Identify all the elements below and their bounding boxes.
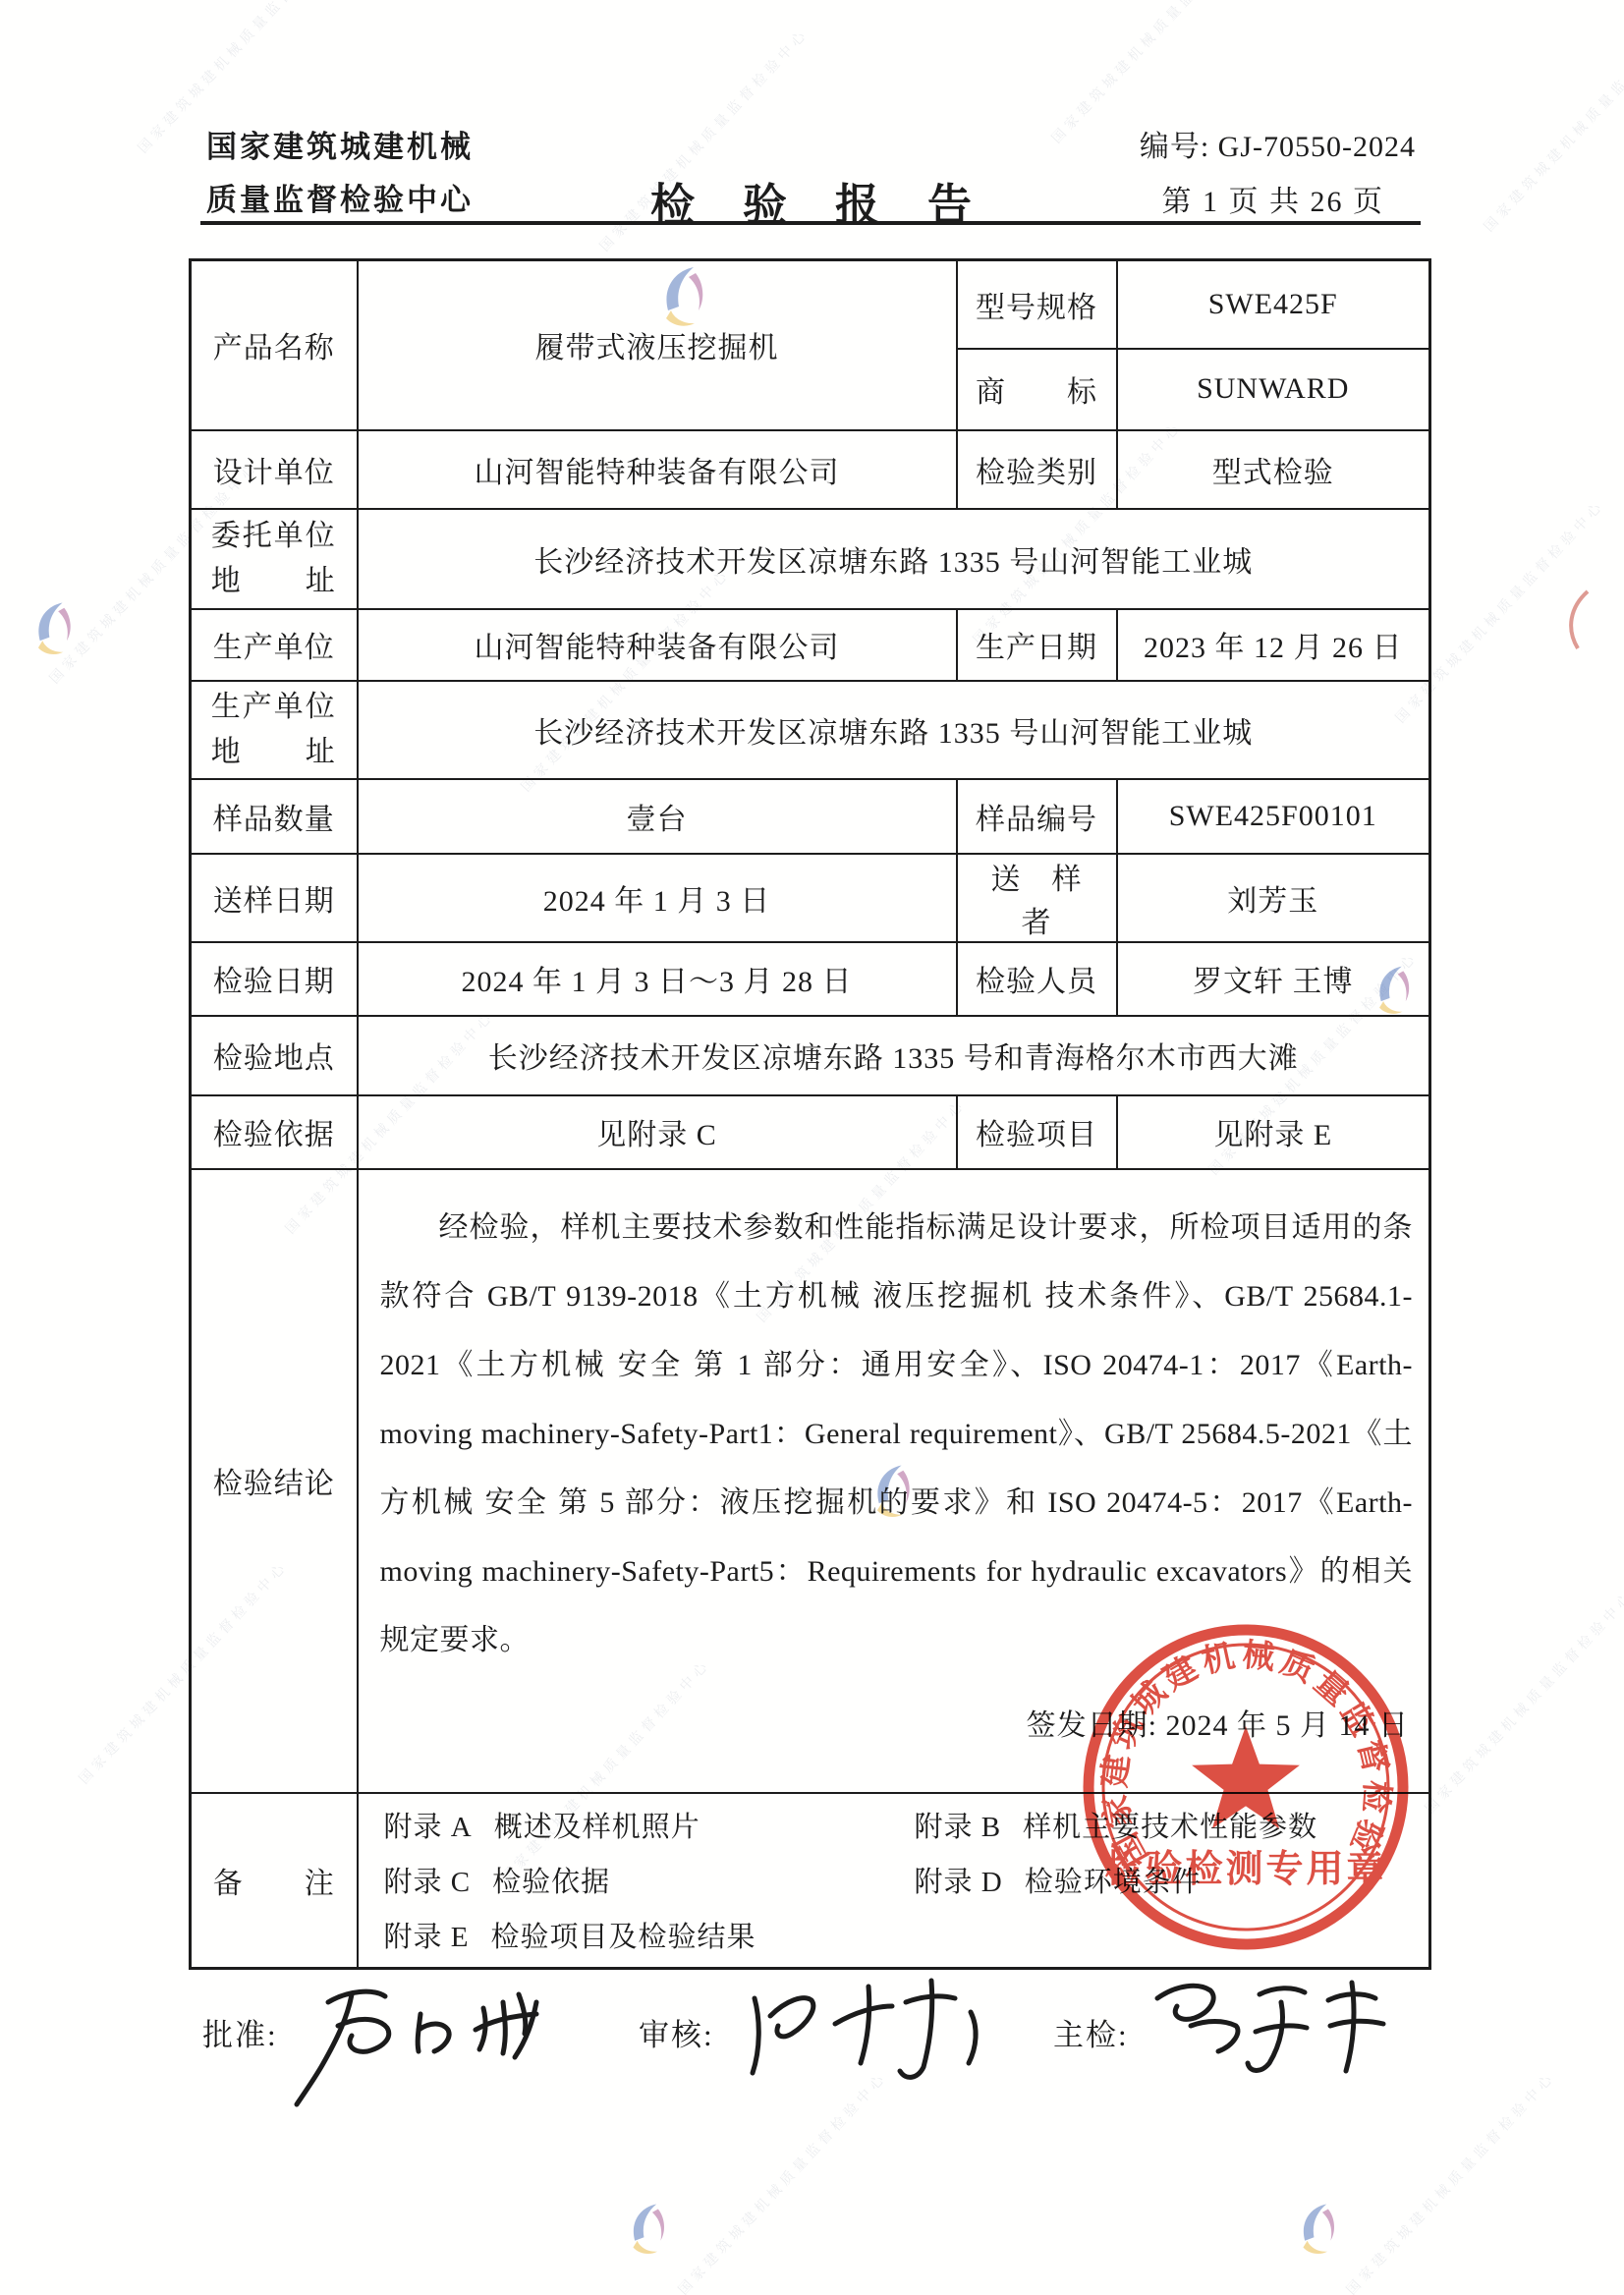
appendix-item: 附录 B样机主要技术性能参数 [915, 1805, 1318, 1845]
inspection-basis-label: 检验依据 [191, 1095, 358, 1169]
review-label: 审核: [639, 2010, 714, 2054]
inspectors-label: 检验人员 [957, 942, 1117, 1016]
appendix-name: 样机主要技术性能参数 [1023, 1812, 1317, 1843]
design-unit-value: 山河智能特种装备有限公司 [358, 430, 957, 509]
table-row: 检验日期 2024 年 1 月 3 日～3 月 28 日 检验人员 罗文轩 王博 [191, 942, 1430, 1016]
sample-quantity-value: 壹台 [358, 779, 957, 854]
watermark-text: 国家建筑城建机械质量监督检验中心 [1479, 4, 1624, 236]
chief-inspector-label: 主检: [1053, 2010, 1129, 2054]
client-label-line2: 地 址 [197, 559, 351, 604]
client-label-line1: 委托单位 [197, 514, 351, 559]
design-unit-label: 设计单位 [191, 430, 358, 509]
report-number: 编号: GJ-70550-2024 [1140, 122, 1416, 165]
conclusion-label: 检验结论 [191, 1169, 358, 1793]
trademark-value: SUNWARD [1117, 349, 1430, 430]
table-row: 样品数量 壹台 样品编号 SWE425F00101 [191, 779, 1430, 854]
appendix-name: 检验依据 [492, 1867, 610, 1898]
model-value: SWE425F [1117, 260, 1430, 349]
issue-date: 签发日期: 2024 年 5 月 14 日 [359, 1701, 1410, 1744]
production-date-value: 2023 年 12 月 26 日 [1117, 609, 1430, 681]
appendix-list: 附录 A概述及样机照片 附录 B样机主要技术性能参数 附录 C检验依据 附录 D… [359, 1794, 1429, 1967]
table-row: 生产单位 地 址 长沙经济技术开发区凉塘东路 1335 号山河智能工业城 [191, 681, 1430, 779]
table-row: 检验结论 经检验，样机主要技术参数和性能指标满足设计要求，所检项目适用的条款符合… [191, 1169, 1430, 1793]
approve-label: 批准: [202, 2010, 278, 2054]
inspection-basis-value: 见附录 C [358, 1095, 957, 1169]
product-name-label: 产品名称 [191, 260, 358, 430]
approve-signature [291, 1973, 566, 2120]
inspection-location-label: 检验地点 [191, 1016, 358, 1095]
review-signature [729, 1971, 1024, 2108]
client-address-label: 委托单位 地 址 [191, 509, 358, 609]
appendix-item: 附录 A概述及样机照片 [384, 1805, 700, 1845]
table-row: 生产单位 山河智能特种装备有限公司 生产日期 2023 年 12 月 26 日 [191, 609, 1430, 681]
appendix-item: 附录 E检验项目及检验结果 [384, 1915, 756, 1955]
remark-label: 备 注 [191, 1793, 358, 1969]
trademark-label: 商 标 [957, 349, 1117, 430]
sample-number-label: 样品编号 [957, 779, 1117, 854]
producer-value: 山河智能特种装备有限公司 [358, 609, 957, 681]
inspection-items-value: 见附录 E [1117, 1095, 1430, 1169]
producer-label: 生产单位 [191, 609, 358, 681]
inspection-date-label: 检验日期 [191, 942, 358, 1016]
inspection-location-value: 长沙经济技术开发区凉塘东路 1335 号和青海格尔木市西大滩 [358, 1016, 1430, 1095]
appendix-name: 概述及样机照片 [494, 1812, 700, 1843]
inspection-date-value: 2024 年 1 月 3 日～3 月 28 日 [358, 942, 957, 1016]
table-row: 设计单位 山河智能特种装备有限公司 检验类别 型式检验 [191, 430, 1430, 509]
inspection-items-label: 检验项目 [957, 1095, 1117, 1169]
appendix-name: 检验项目及检验结果 [490, 1922, 756, 1953]
table-row: 产品名称 履带式液压挖掘机 型号规格 SWE425F [191, 260, 1430, 349]
org-name-line1: 国家建筑城建机械 [206, 122, 474, 166]
appendix-code: 附录 A [384, 1812, 473, 1843]
page-indicator: 第 1 页 共 26 页 [1162, 177, 1385, 220]
conclusion-cell: 经检验，样机主要技术参数和性能指标满足设计要求，所检项目适用的条款符合 GB/T… [358, 1169, 1430, 1793]
red-scan-mark [1562, 588, 1596, 652]
remark-cell: 附录 A概述及样机照片 附录 B样机主要技术性能参数 附录 C检验依据 附录 D… [358, 1793, 1430, 1969]
appendix-name: 检验环境条件 [1025, 1867, 1202, 1898]
report-info-table: 产品名称 履带式液压挖掘机 型号规格 SWE425F 商 标 SUNWARD 设… [189, 258, 1431, 1970]
header-rule [200, 221, 1421, 225]
watermark-text: 国家建筑城建机械质量监督检验中心 [1341, 2067, 1559, 2295]
sample-number-value: SWE425F00101 [1117, 779, 1430, 854]
table-row: 备 注 附录 A概述及样机照片 附录 B样机主要技术性能参数 附录 C检验依据 … [191, 1793, 1430, 1969]
table-row: 检验地点 长沙经济技术开发区凉塘东路 1335 号和青海格尔木市西大滩 [191, 1016, 1430, 1095]
center-logo-watermark-icon [625, 2201, 668, 2256]
org-name-line2: 质量监督检验中心 [206, 175, 474, 219]
conclusion-paragraph: 经检验，样机主要技术参数和性能指标满足设计要求，所检项目适用的条款符合 GB/T… [380, 1194, 1414, 1675]
sender-value: 刘芳玉 [1117, 854, 1430, 942]
appendix-code: 附录 B [915, 1812, 1002, 1843]
send-date-label: 送样日期 [191, 854, 358, 942]
producer-label-line2: 地 址 [197, 730, 351, 775]
appendix-item: 附录 C检验依据 [384, 1860, 611, 1900]
table-row: 委托单位 地 址 长沙经济技术开发区凉塘东路 1335 号山河智能工业城 [191, 509, 1430, 609]
appendix-code: 附录 C [384, 1867, 472, 1898]
table-row: 送样日期 2024 年 1 月 3 日 送 样 者 刘芳玉 [191, 854, 1430, 942]
producer-address-value: 长沙经济技术开发区凉塘东路 1335 号山河智能工业城 [358, 681, 1430, 779]
inspection-type-label: 检验类别 [957, 430, 1117, 509]
center-logo-watermark-icon [29, 599, 75, 656]
sample-quantity-label: 样品数量 [191, 779, 358, 854]
appendix-item: 附录 D检验环境条件 [915, 1860, 1202, 1900]
inspectors-value: 罗文轩 王博 [1117, 942, 1430, 1016]
appendix-code: 附录 E [384, 1922, 470, 1953]
appendix-code: 附录 D [915, 1867, 1003, 1898]
inspection-report-page: 国家建筑城建机械质量监督检验中心 国家建筑城建机械质量监督检验中心 国家建筑城建… [0, 0, 1624, 2295]
center-logo-watermark-icon [1295, 2201, 1338, 2256]
send-date-value: 2024 年 1 月 3 日 [358, 854, 957, 942]
table-row: 检验依据 见附录 C 检验项目 见附录 E [191, 1095, 1430, 1169]
inspection-type-value: 型式检验 [1117, 430, 1430, 509]
production-date-label: 生产日期 [957, 609, 1117, 681]
watermark-text: 国家建筑城建机械质量监督检验中心 [1420, 1586, 1624, 1818]
product-name-value: 履带式液压挖掘机 [358, 260, 957, 430]
client-address-value: 长沙经济技术开发区凉塘东路 1335 号山河智能工业城 [358, 509, 1430, 609]
producer-address-label: 生产单位 地 址 [191, 681, 358, 779]
sender-label: 送 样 者 [957, 854, 1117, 942]
producer-label-line1: 生产单位 [197, 685, 351, 730]
chief-inspector-signature [1136, 1969, 1401, 2097]
model-label: 型号规格 [957, 260, 1117, 349]
